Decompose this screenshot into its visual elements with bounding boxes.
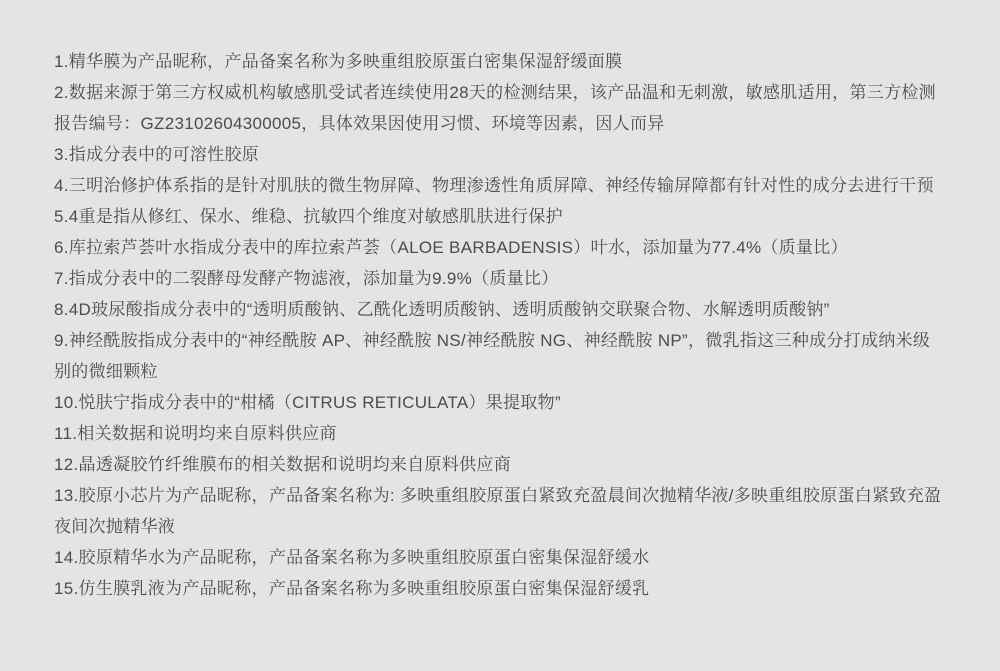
footnote-item: 9.神经酰胺指成分表中的“神经酰胺 AP、神经酰胺 NS/神经酰胺 NG、神经酰… [54,325,946,387]
footnote-item: 6.库拉索芦荟叶水指成分表中的库拉索芦荟（ALOE BARBADENSIS）叶水… [54,232,946,263]
footnote-item: 12.晶透凝胶竹纤维膜布的相关数据和说明均来自原料供应商 [54,449,946,480]
disclaimer-page: 1.精华膜为产品昵称，产品备案名称为多映重组胶原蛋白密集保湿舒缓面膜 2.数据来… [0,0,1000,671]
footnote-item: 4.三明治修护体系指的是针对肌肤的微生物屏障、物理渗透性角质屏障、神经传输屏障都… [54,170,946,201]
footnote-item: 5.4重是指从修红、保水、维稳、抗敏四个维度对敏感肌肤进行保护 [54,201,946,232]
footnote-item: 10.悦肤宁指成分表中的“柑橘（CITRUS RETICULATA）果提取物” [54,387,946,418]
footnote-item: 1.精华膜为产品昵称，产品备案名称为多映重组胶原蛋白密集保湿舒缓面膜 [54,46,946,77]
footnote-item: 15.仿生膜乳液为产品昵称，产品备案名称为多映重组胶原蛋白密集保湿舒缓乳 [54,573,946,604]
footnote-item: 14.胶原精华水为产品昵称，产品备案名称为多映重组胶原蛋白密集保湿舒缓水 [54,542,946,573]
footnote-item: 8.4D玻尿酸指成分表中的“透明质酸钠、乙酰化透明质酸钠、透明质酸钠交联聚合物、… [54,294,946,325]
footnote-item: 3.指成分表中的可溶性胶原 [54,139,946,170]
footnote-item: 7.指成分表中的二裂酵母发酵产物滤液，添加量为9.9%（质量比） [54,263,946,294]
footnote-item: 13.胶原小芯片为产品昵称，产品备案名称为: 多映重组胶原蛋白紧致充盈晨间次抛精… [54,480,946,542]
footnote-item: 11.相关数据和说明均来自原料供应商 [54,418,946,449]
footnote-list: 1.精华膜为产品昵称，产品备案名称为多映重组胶原蛋白密集保湿舒缓面膜 2.数据来… [54,46,946,604]
footnote-item: 2.数据来源于第三方权威机构敏感肌受试者连续使用28天的检测结果，该产品温和无刺… [54,77,946,139]
